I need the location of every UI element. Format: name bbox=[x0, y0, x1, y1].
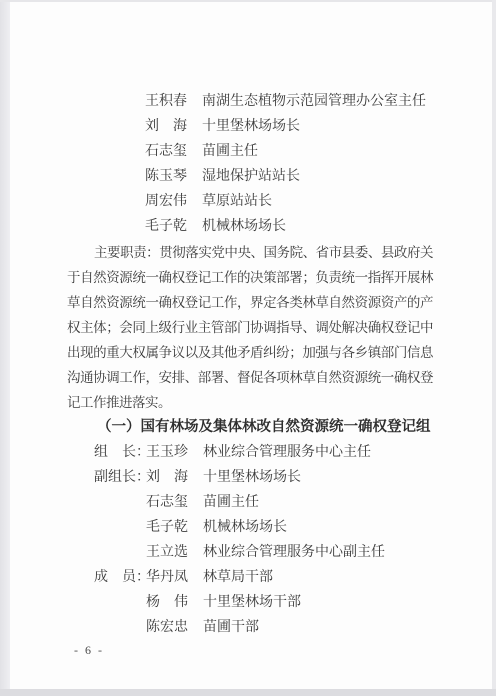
group-member-title: 机械林场场长 bbox=[203, 515, 287, 540]
group-role-label: 成 员： bbox=[94, 565, 146, 590]
group-member-row: 成 员：华丹凤林草局干部 bbox=[67, 565, 433, 590]
scan-edge-right bbox=[492, 0, 496, 696]
appointee-title: 草原站站长 bbox=[202, 189, 272, 214]
group-member-row: 王立选林业综合管理服务中心副主任 bbox=[67, 540, 433, 565]
group-member-row: 杨 伟十里堡林场干部 bbox=[67, 590, 433, 615]
appointee-name: 陈玉琴 bbox=[145, 164, 187, 189]
group-member-row: 毛子乾机械林场场长 bbox=[67, 515, 433, 540]
scan-edge-bottom bbox=[0, 689, 496, 696]
page-content: 王积春南湖生态植物示范园管理办公室主任 刘 海十里堡林场场长 石志玺苗圃主任 陈… bbox=[67, 2, 433, 640]
page-number: - 6 - bbox=[74, 643, 104, 658]
appointee-name: 石志玺 bbox=[145, 139, 187, 164]
group-member-name: 陈宏忠 bbox=[146, 615, 188, 640]
group-member-name: 石志玺 bbox=[146, 490, 188, 515]
group-member-name: 王玉珍 bbox=[146, 440, 188, 465]
group-member-title: 苗圃干部 bbox=[203, 615, 259, 640]
group-member-name: 王立选 bbox=[146, 540, 188, 565]
group-member-name: 华丹凤 bbox=[146, 565, 188, 590]
scanned-document: { "page": { "number_label": "- 6 -" }, "… bbox=[0, 0, 496, 696]
group-role-label: 副组长： bbox=[94, 465, 146, 490]
appointee-name: 王积春 bbox=[145, 89, 187, 114]
group-member-row: 陈宏忠苗圃干部 bbox=[67, 615, 433, 640]
appointee-row: 陈玉琴湿地保护站站长 bbox=[145, 164, 433, 189]
group-member-list: 组 长：王玉珍林业综合管理服务中心主任 副组长：刘 海十里堡林场场长 石志玺苗圃… bbox=[67, 440, 433, 640]
group-role-label: 组 长： bbox=[94, 440, 146, 465]
group-member-title: 苗圃主任 bbox=[203, 490, 259, 515]
group-member-name: 毛子乾 bbox=[146, 515, 188, 540]
appointee-name: 刘 海 bbox=[145, 114, 187, 139]
group-member-title: 林草局干部 bbox=[203, 565, 273, 590]
group-member-row: 组 长：王玉珍林业综合管理服务中心主任 bbox=[67, 440, 433, 465]
appointee-title: 南湖生态植物示范园管理办公室主任 bbox=[202, 89, 426, 114]
appointee-title: 湿地保护站站长 bbox=[202, 164, 300, 189]
appointee-list: 王积春南湖生态植物示范园管理办公室主任 刘 海十里堡林场场长 石志玺苗圃主任 陈… bbox=[145, 89, 433, 239]
scan-edge-left bbox=[0, 0, 10, 696]
appointee-title: 机械林场场长 bbox=[202, 214, 286, 239]
appointee-title: 十里堡林场场长 bbox=[202, 114, 300, 139]
appointee-row: 毛子乾机械林场场长 bbox=[145, 214, 433, 239]
appointee-row: 刘 海十里堡林场场长 bbox=[145, 114, 433, 139]
group-member-title: 林业综合管理服务中心主任 bbox=[203, 440, 371, 465]
appointee-name: 周宏伟 bbox=[145, 189, 187, 214]
group-member-title: 十里堡林场干部 bbox=[203, 590, 301, 615]
appointee-name: 毛子乾 bbox=[145, 214, 187, 239]
group-member-row: 石志玺苗圃主任 bbox=[67, 490, 433, 515]
group-member-title: 十里堡林场场长 bbox=[203, 465, 301, 490]
group-member-name: 刘 海 bbox=[146, 465, 188, 490]
appointee-row: 周宏伟草原站站长 bbox=[145, 189, 433, 214]
group-member-row: 副组长：刘 海十里堡林场场长 bbox=[67, 465, 433, 490]
appointee-row: 石志玺苗圃主任 bbox=[145, 139, 433, 164]
duties-paragraph: 主要职责：贯彻落实党中央、国务院、省市县委、县政府关于自然资源统一确权登记工作的… bbox=[67, 240, 433, 415]
group-member-name: 杨 伟 bbox=[146, 590, 188, 615]
group-member-title: 林业综合管理服务中心副主任 bbox=[203, 540, 385, 565]
document-page: 王积春南湖生态植物示范园管理办公室主任 刘 海十里堡林场场长 石志玺苗圃主任 陈… bbox=[10, 2, 492, 689]
appointee-row: 王积春南湖生态植物示范园管理办公室主任 bbox=[145, 89, 433, 114]
appointee-title: 苗圃主任 bbox=[202, 139, 258, 164]
section-heading: （一）国有林场及集体林改自然资源统一确权登记组 bbox=[97, 415, 433, 440]
